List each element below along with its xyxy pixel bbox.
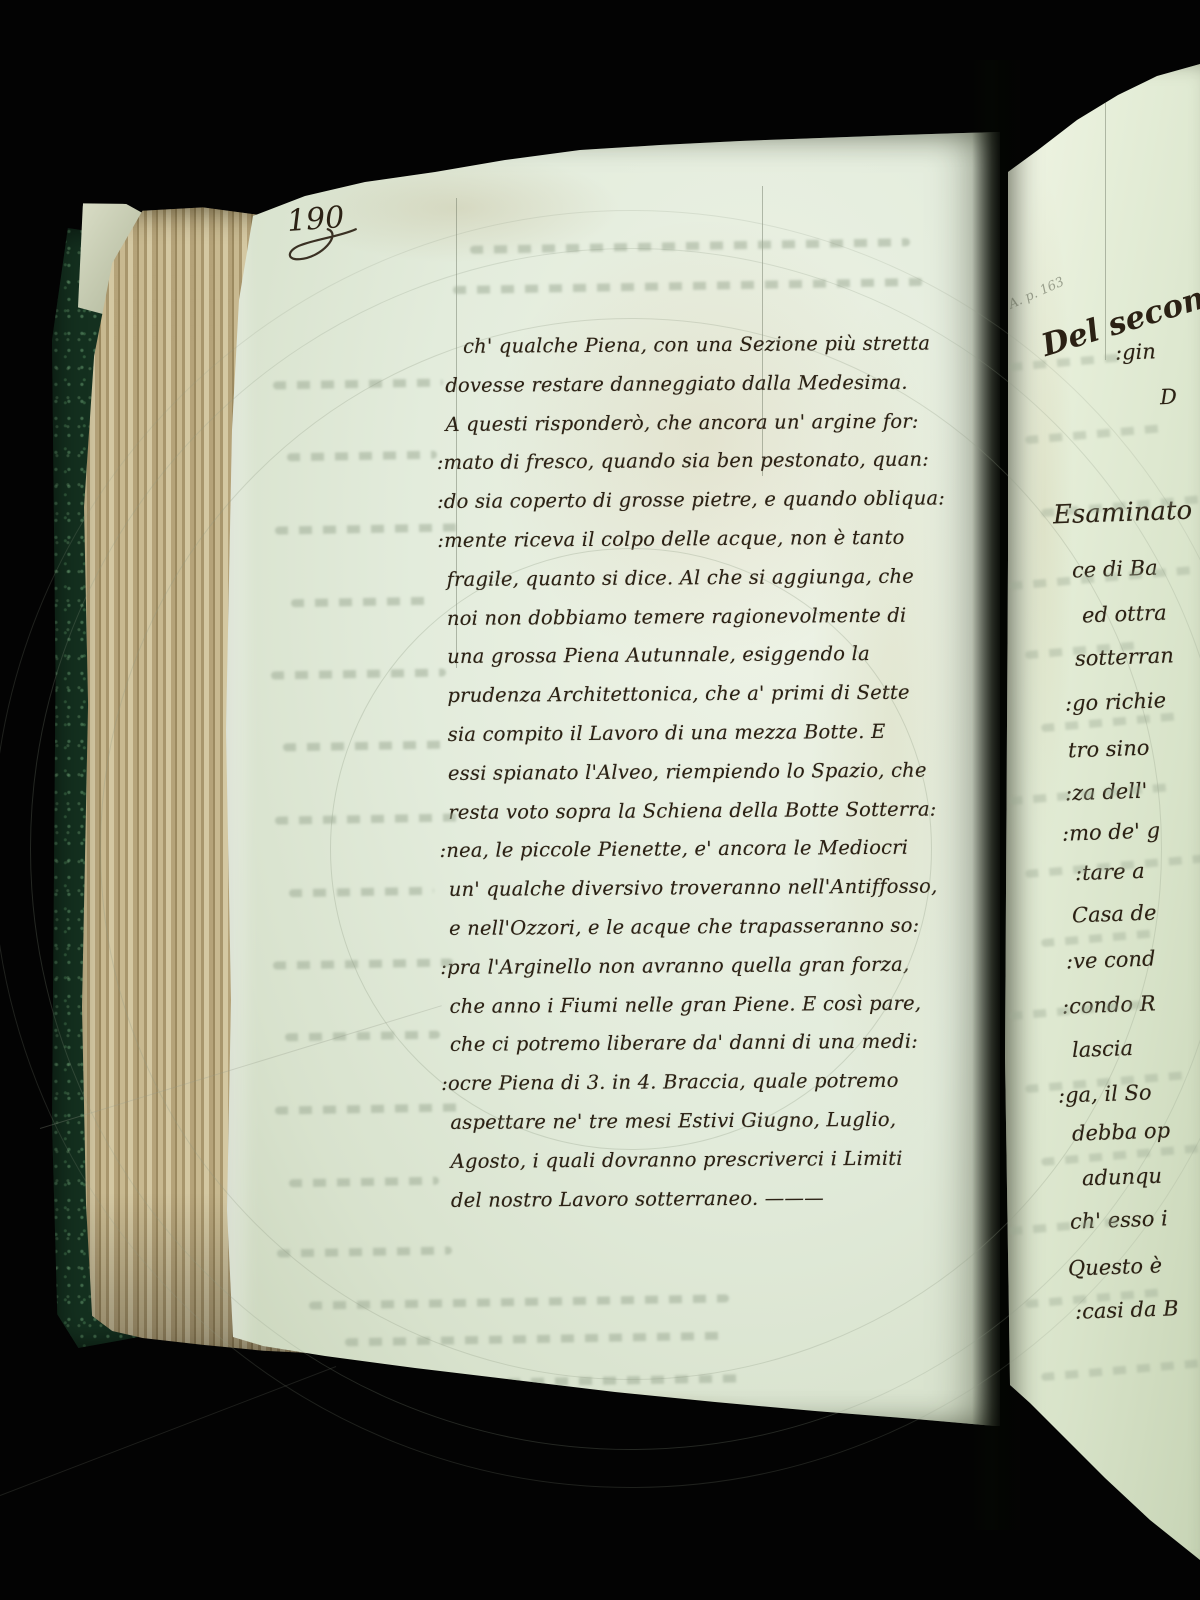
manuscript-line: una grossa Piena Autunnale, esiggendo la — [447, 634, 1002, 677]
ghost-text-smudge — [283, 741, 443, 752]
ghost-text-smudge — [271, 668, 446, 679]
manuscript-line: :do sia coperto di grosse pietre, e quan… — [437, 479, 1001, 522]
ghost-text-smudge — [277, 1246, 452, 1257]
manuscript-line: :mente riceva il colpo delle acque, non … — [437, 518, 1001, 561]
manuscript-line: essi spianato l'Alveo, riempiendo lo Spa… — [448, 751, 1003, 794]
manuscript-line-fragment: lascia — [1072, 1036, 1134, 1062]
left-page-text: ch' qualche Piena, con una Sezione più s… — [445, 324, 1006, 1220]
manuscript-line: sia compito il Lavoro di una mezza Botte… — [448, 712, 1003, 755]
manuscript-line: :mato di fresco, quando sia ben pestonat… — [437, 440, 1001, 483]
manuscript-line: ch' qualche Piena, con una Sezione più s… — [463, 324, 1000, 367]
manuscript-line: A questi risponderò, che ancora un' argi… — [445, 402, 1000, 445]
manuscript-line: prudenza Architettonica, che a' primi di… — [447, 673, 1002, 716]
manuscript-line: dovesse restare danneggiato dalla Medesi… — [445, 363, 1000, 406]
ghost-text-smudge — [1041, 712, 1183, 732]
manuscript-line-fragment: debba op — [1072, 1118, 1171, 1145]
ghost-text-smudge — [289, 1177, 439, 1188]
manuscript-line: fragile, quanto si dice. Al che si aggiu… — [447, 557, 1002, 600]
ghost-text-smudge — [1025, 424, 1167, 444]
ghost-text-smudge — [1041, 1359, 1200, 1381]
paper-crease-line — [1105, 90, 1106, 360]
manuscript-line: aspettare ne' tre mesi Estivi Giugno, Lu… — [450, 1100, 1005, 1143]
right-page-faint-annotation: A. p. 163 — [1007, 275, 1067, 313]
ghost-text-smudge — [345, 1332, 725, 1347]
manuscript-line: noi non dobbiamo temere ragionevolmente … — [447, 596, 1002, 639]
manuscript-line: che anno i Fiumi nelle gran Piene. E cos… — [449, 984, 1004, 1027]
ghost-text-smudge — [291, 597, 431, 607]
manuscript-line-fragment: :ve cond — [1066, 946, 1156, 973]
manuscript-line-fragment: Casa de — [1072, 901, 1157, 928]
ghost-text-smudge — [453, 278, 923, 294]
manuscript-line: :ocre Piena di 3. in 4. Braccia, quale p… — [441, 1061, 1005, 1104]
manuscript-line-fragment: :mo de' g — [1062, 818, 1161, 845]
manuscript-line: che ci potremo liberare da' danni di una… — [450, 1022, 1005, 1065]
manuscript-line: resta voto sopra la Schiena della Botte … — [448, 790, 1003, 833]
manuscript-line: :pra l'Arginello non avranno quella gran… — [440, 945, 1004, 988]
manuscript-line: del nostro Lavoro sotterraneo. ——— — [451, 1178, 1006, 1221]
ghost-text-smudge — [275, 813, 465, 824]
ghost-text-smudge — [273, 379, 443, 390]
manuscript-line-fragment: adunqu — [1082, 1164, 1163, 1191]
ghost-text-smudge — [275, 523, 460, 534]
right-page: A. p. 163 Del secon :ginDEsaminatoce di … — [1005, 58, 1200, 1570]
ghost-text-smudge — [470, 238, 910, 254]
scratch-hairline — [0, 1366, 336, 1496]
photograph-stage: 190 ch' qualche Piena, con una Sezione p… — [0, 0, 1200, 1600]
ghost-text-smudge — [285, 1031, 440, 1042]
manuscript-line-fragment: Questo è — [1068, 1253, 1163, 1280]
page-number: 190 — [286, 200, 346, 239]
ghost-text-smudge — [289, 887, 434, 898]
manuscript-line-fragment: :go richie — [1065, 688, 1167, 716]
left-page: 190 ch' qualche Piena, con una Sezione p… — [225, 130, 1000, 1432]
ghost-text-smudge — [273, 958, 453, 969]
manuscript-line-fragment: ed ottra — [1082, 601, 1167, 628]
ghost-text-smudge — [275, 1103, 460, 1114]
ghost-text-smudge — [287, 451, 437, 462]
manuscript-line: Agosto, i quali dovranno prescriverci i … — [451, 1139, 1006, 1182]
ghost-text-smudge — [1041, 1142, 1200, 1166]
manuscript-line: e nell'Ozzori, e le acque che trapassera… — [449, 906, 1004, 949]
ghost-text-smudge — [1041, 929, 1161, 947]
page-number-flourish — [282, 225, 362, 264]
manuscript-line-fragment: tro sino — [1068, 736, 1150, 763]
ghost-text-smudge — [309, 1294, 729, 1309]
manuscript-line: un' qualche diversivo troveranno nell'An… — [449, 867, 1004, 910]
manuscript-line-fragment: D — [1160, 385, 1178, 410]
ghost-text-smudge — [315, 1374, 745, 1390]
manuscript-line: :nea, le piccole Pienette, e' ancora le … — [439, 828, 1003, 871]
